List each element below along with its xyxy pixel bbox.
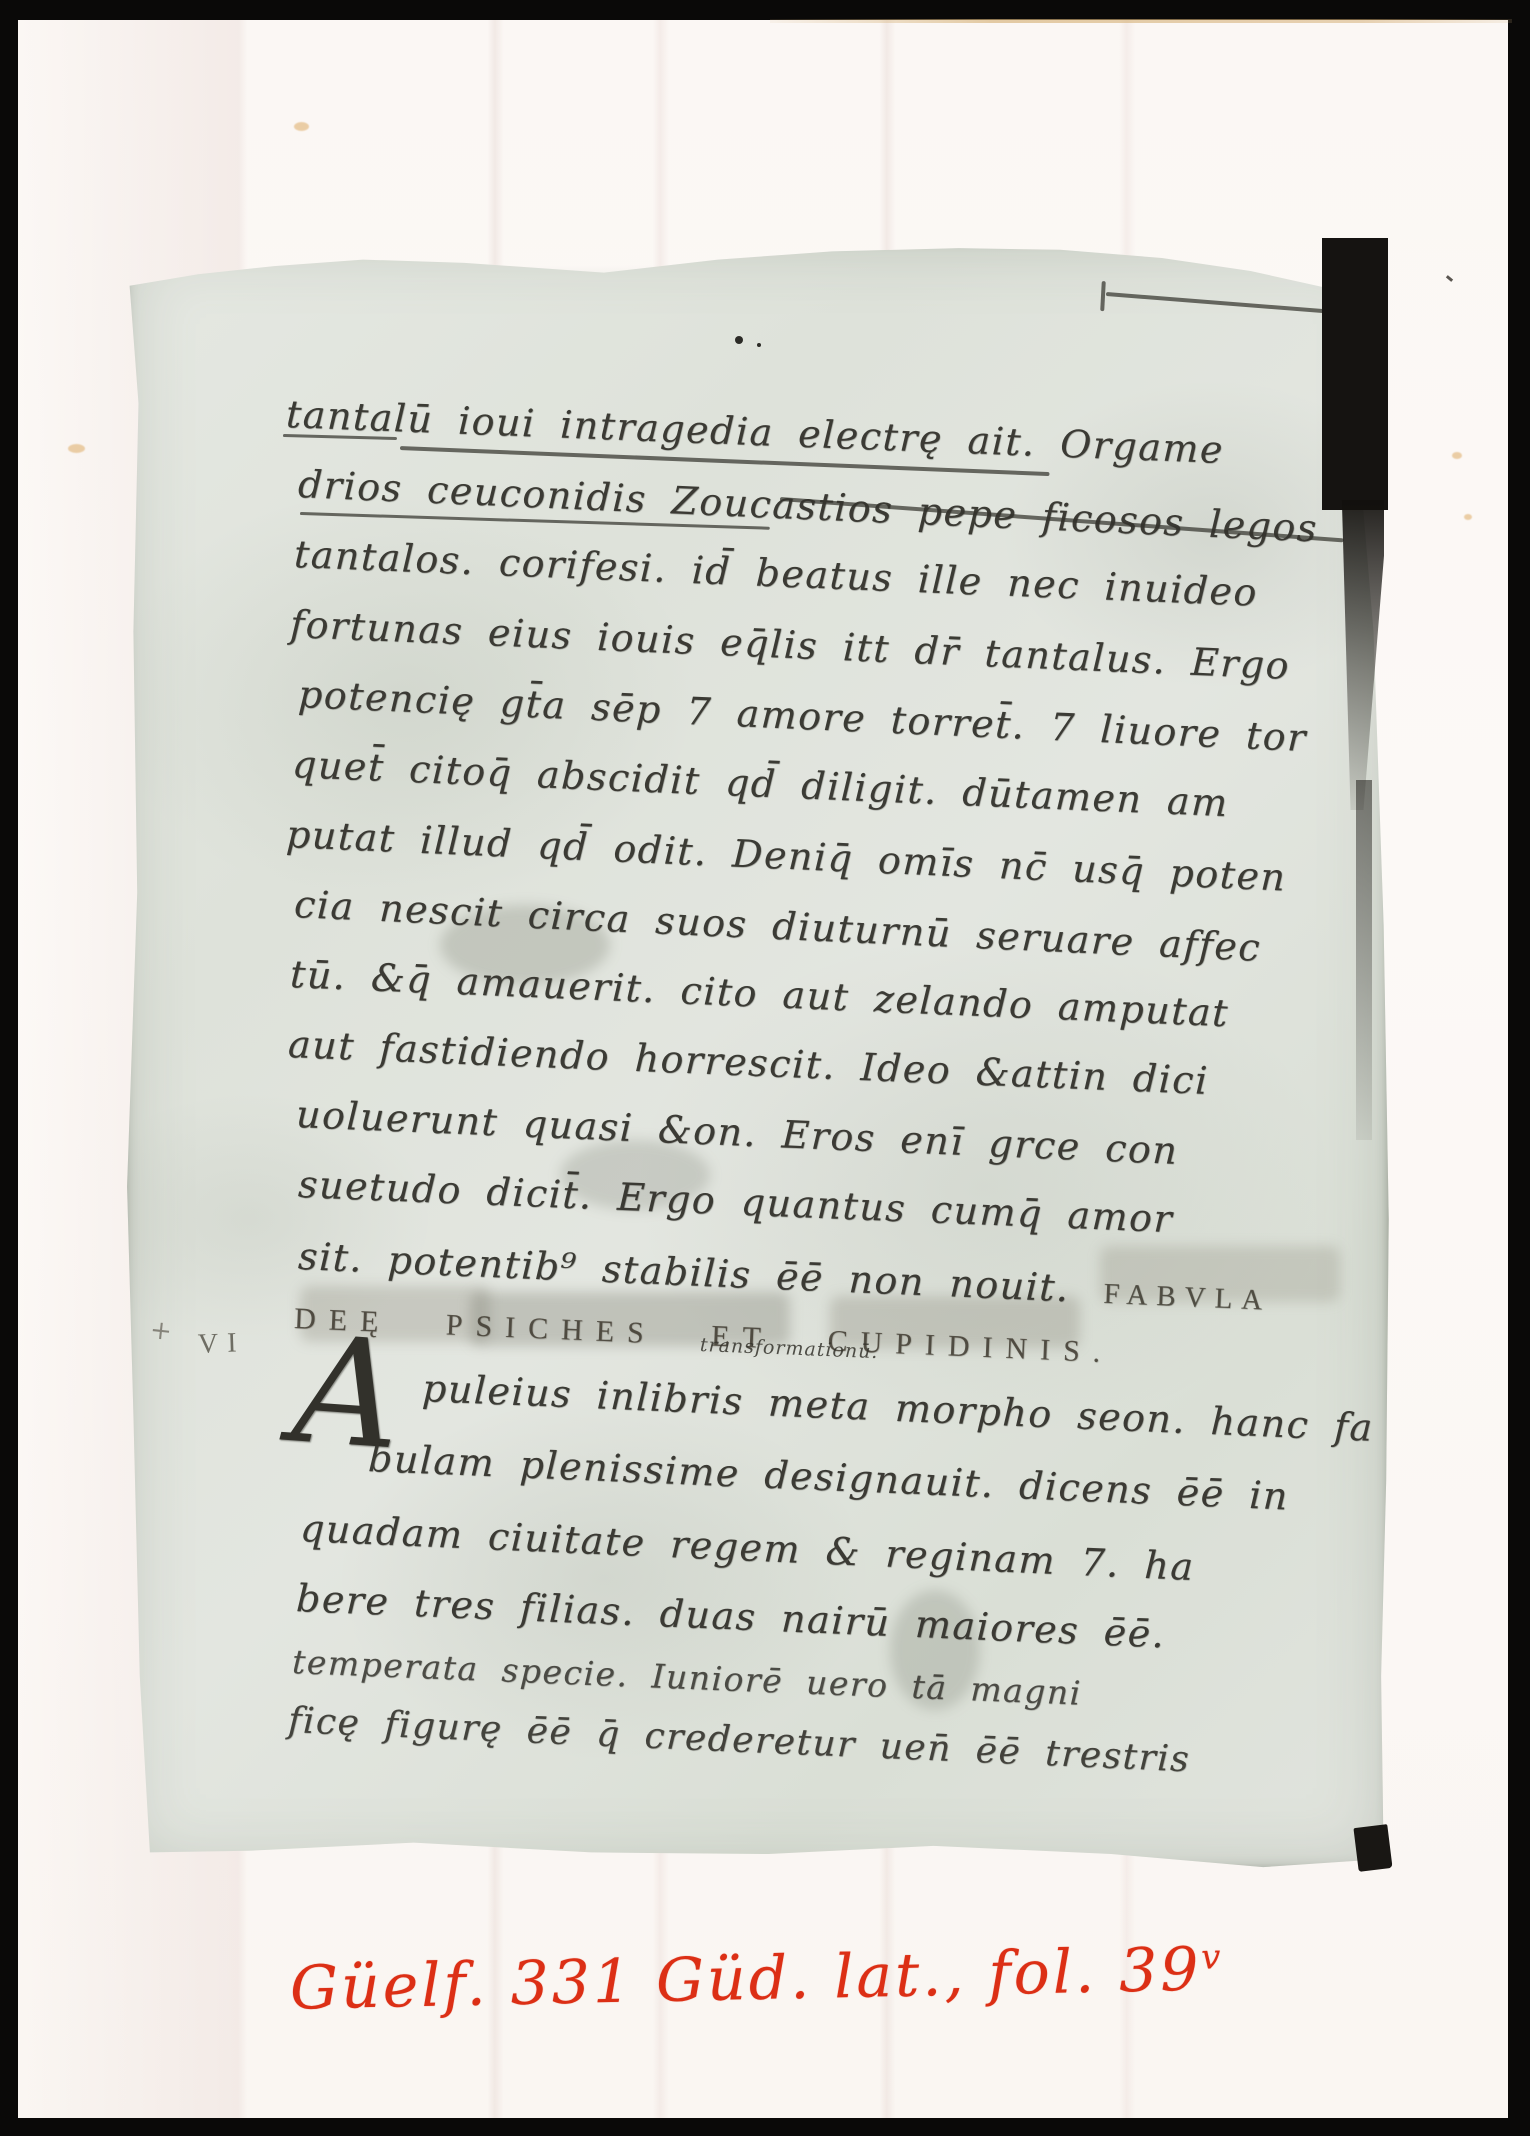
manuscript-line: potencię gt̄a sēp 7 amore torret̄. 7 liu…	[297, 672, 1308, 760]
manuscript-line: quadam ciuitate regem & reginam 7. ha	[299, 1506, 1195, 1589]
manuscript-line: putat illud qd̄ odit. Deniq̄ omīs nc̄ us…	[285, 812, 1287, 900]
foxing-spot	[1452, 452, 1462, 459]
photo-of-manuscript: { "photo": { "frame_color": "#0a0908", "…	[0, 0, 1530, 2136]
manuscript-line: sit. potentib⁹ stabilis ēē non nouit.FAB…	[297, 1234, 1272, 1319]
foxing-spot	[68, 444, 85, 453]
manuscript-line: fortunas eius iouis eq̄lis itt dr̄ tanta…	[289, 602, 1291, 688]
folio-side-superscript: v	[1201, 1937, 1221, 1977]
spine-shadow-thin	[1356, 780, 1372, 1140]
manuscript-line: suetudo dicit̄. Ergo quantus cumq̄ amor	[297, 1162, 1174, 1241]
manuscript-line: bere tres filias. duas nairū maiores ēē.	[295, 1576, 1166, 1656]
page-corner-mark	[1353, 1824, 1392, 1872]
ink-dot	[757, 343, 761, 347]
manuscript-line: quet̄ citoq̄ abscidit qd̄ diligit. dūtam…	[291, 742, 1229, 825]
manuscript-line: temperata specie. Iuniorē uero tā magni	[291, 1642, 1082, 1713]
manuscript-line: bulam plenissime designauit. dicens ēē i…	[367, 1436, 1290, 1519]
manuscript-line: ficę figurę ēē q̄ crederetur uen̄ ēē tre…	[287, 1700, 1191, 1780]
ink-dot	[735, 336, 743, 344]
manuscript-line: tū. &q̄ amauerit. cito aut zelando amput…	[289, 952, 1230, 1035]
manuscript-text-block: tantalū ioui intragedia electrę ait. Org…	[270, 388, 1370, 1838]
quire-numeral: VI	[197, 1327, 246, 1361]
margin-cross: +	[148, 1315, 173, 1347]
spine-shadow	[1322, 238, 1388, 510]
manuscript-line: tantalos. corifesi. id̄ beatus ille nec …	[293, 532, 1259, 615]
foxing-spot	[294, 122, 309, 131]
print-edge-tan-line	[770, 19, 1512, 23]
incipit-label: FABVLA	[1103, 1278, 1272, 1317]
manuscript-line: drios ceuconidis Zoucastios pepe ficosos…	[297, 462, 1319, 550]
manuscript-line: cia nescit circa suos diuturnū seruare a…	[293, 882, 1262, 970]
manuscript-line: puleius inlibris meta morpho seon. hanc …	[421, 1366, 1374, 1450]
manuscript-line: uoluerunt quasi &on. Eros enī grce con	[295, 1092, 1179, 1173]
manuscript-line-text: sit. potentib⁹ stabilis ēē non nouit.	[297, 1234, 1070, 1310]
manuscript-line: tantalū ioui intragedia electrę ait. Org…	[285, 392, 1224, 472]
foxing-spot	[1464, 514, 1472, 520]
manuscript-line: aut fastidiendo horrescit. Ideo &attin d…	[287, 1022, 1209, 1103]
